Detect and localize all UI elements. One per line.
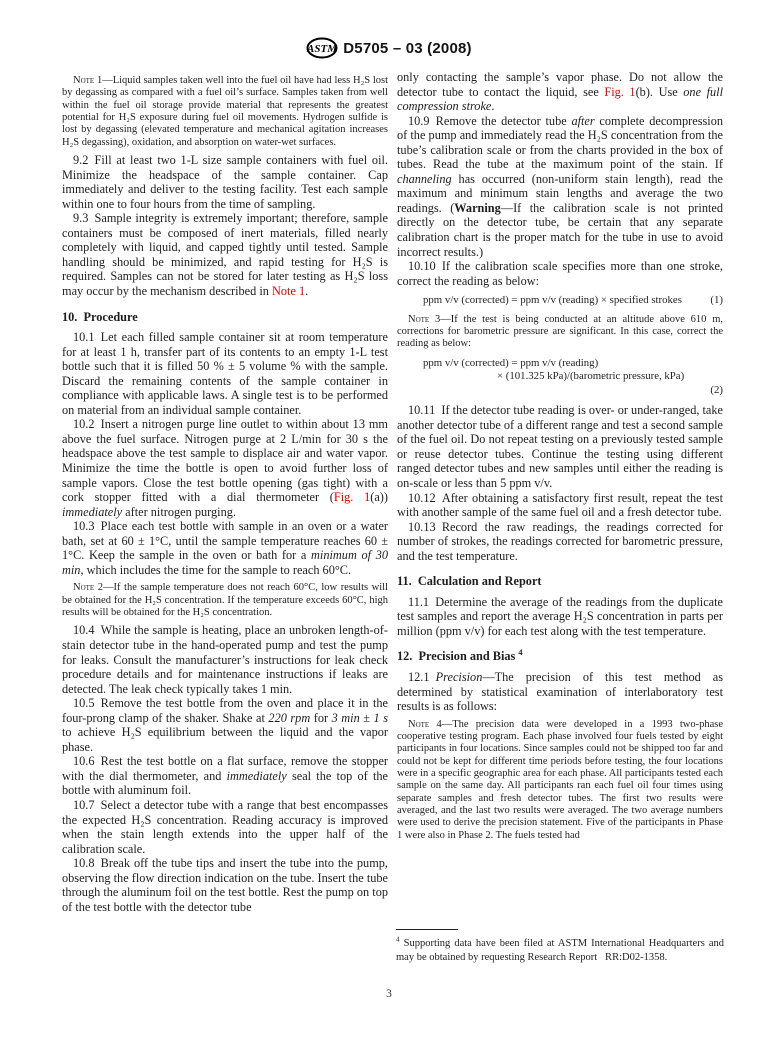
para-10-2: 10.2 Insert a nitrogen purge line outlet…	[62, 417, 388, 519]
text-run: 10.4 While the sample is heating, place …	[62, 623, 388, 695]
para-10-11: 10.11 If the detector tube reading is ov…	[397, 403, 723, 490]
page-header: ASTM D5705 – 03 (2008)	[0, 37, 778, 59]
para-10-4: 10.4 While the sample is heating, place …	[62, 623, 388, 696]
text-run: 10.12 After obtaining a satisfactory fir…	[397, 491, 723, 520]
two-column-body: Note 1—Liquid samples taken well into th…	[62, 70, 723, 914]
text-run: 10. Procedure	[62, 310, 138, 324]
right-column: only contacting the sample’s vapor phase…	[397, 70, 723, 914]
para-10-9: 10.9 Remove the detector tube after comp…	[397, 114, 723, 259]
note-4: Note 4—The precision data were developed…	[397, 719, 723, 842]
text-run: 3—If the test is being conducted at an a…	[397, 314, 723, 350]
astm-logo-icon: ASTM	[306, 37, 338, 59]
text-run: immediately	[62, 505, 122, 519]
text-run: 10.1 Let each filled sample container si…	[62, 330, 388, 417]
text-run: immediately	[227, 769, 287, 783]
text-run: 12.1	[408, 670, 436, 684]
text-run: Supporting data have been filed at ASTM …	[396, 938, 724, 963]
equation-text: ppm v/v (corrected) = ppm v/v (reading)	[423, 357, 598, 371]
text-run: Note	[408, 314, 429, 325]
text-run: 4	[518, 648, 522, 657]
text-run: , which includes the time for the sample…	[80, 563, 351, 577]
equation-line: (2)	[397, 384, 723, 398]
equation-line: ppm v/v (corrected) = ppm v/v (reading)	[397, 357, 723, 371]
text-run: 10.8 Break off the tube tips and insert …	[62, 856, 388, 914]
text-run: channeling	[397, 172, 452, 186]
text-run: 1—Liquid samples taken well into the fue…	[62, 75, 388, 148]
para-10-8-continued: only contacting the sample’s vapor phase…	[397, 70, 723, 114]
text-run: 9.3 Sample integrity is extremely import…	[62, 211, 388, 298]
equation-1: ppm v/v (corrected) = ppm v/v (reading) …	[397, 294, 723, 308]
para-9-2: 9.2 Fill at least two 1-L size sample co…	[62, 153, 388, 211]
heading-12-precision-and-bias: 12. Precision and Bias 4	[397, 649, 723, 664]
cross-reference-link[interactable]: Fig. 1	[604, 85, 635, 99]
left-column: Note 1—Liquid samples taken well into th…	[62, 70, 388, 914]
heading-10-procedure: 10. Procedure	[62, 310, 388, 325]
heading-11-calculation-and-report: 11. Calculation and Report	[397, 574, 723, 589]
para-10-5: 10.5 Remove the test bottle from the ove…	[62, 696, 388, 754]
text-run: 12. Precision and Bias	[397, 649, 518, 663]
text-run: 10.9 Remove the detector tube	[408, 114, 571, 128]
note-3: Note 3—If the test is being conducted at…	[397, 314, 723, 351]
para-10-1: 10.1 Let each filled sample container si…	[62, 330, 388, 417]
equation-2: ppm v/v (corrected) = ppm v/v (reading)×…	[397, 357, 723, 398]
para-10-8: 10.8 Break off the tube tips and insert …	[62, 856, 388, 914]
astm-logo-text: ASTM	[306, 43, 338, 55]
text-run: for	[310, 711, 331, 725]
para-9-3: 9.3 Sample integrity is extremely import…	[62, 211, 388, 298]
equation-line: × (101.325 kPa)/(barometric pressure, kP…	[397, 370, 723, 384]
text-run: to achieve H₂S equilibrium between the l…	[62, 725, 388, 754]
equation-number: (1)	[710, 294, 723, 308]
para-10-3: 10.3 Place each test bottle with sample …	[62, 519, 388, 577]
equation-number: (2)	[710, 384, 723, 398]
text-run: (b). Use	[636, 85, 684, 99]
para-10-12: 10.12 After obtaining a satisfactory fir…	[397, 491, 723, 520]
note-1: Note 1—Liquid samples taken well into th…	[62, 75, 388, 149]
text-run: 9.2 Fill at least two 1-L size sample co…	[62, 153, 388, 211]
text-run: 10.10 If the calibration scale specifies…	[397, 259, 723, 288]
para-10-7: 10.7 Select a detector tube with a range…	[62, 798, 388, 856]
text-run: 3 min ± 1 s	[332, 711, 388, 725]
footnote-rule	[396, 929, 458, 930]
text-run: 2—If the sample temperature does not rea…	[62, 582, 388, 618]
document-page: ASTM D5705 – 03 (2008) Note 1—Liquid sam…	[0, 0, 778, 1041]
footnote-text: 4 Supporting data have been filed at AST…	[396, 937, 724, 965]
para-10-13: 10.13 Record the raw readings, the readi…	[397, 520, 723, 564]
text-run: Note	[408, 719, 429, 730]
text-run: Note	[73, 582, 94, 593]
text-run: 11.1 Determine the average of the readin…	[397, 595, 723, 638]
text-run: Warning	[454, 201, 500, 215]
footnote: 4 Supporting data have been filed at AST…	[396, 929, 724, 965]
para-10-6: 10.6 Rest the test bottle on a flat surf…	[62, 754, 388, 798]
text-run: 11. Calculation and Report	[397, 574, 542, 588]
text-run: .	[491, 99, 494, 113]
equation-text: × (101.325 kPa)/(barometric pressure, kP…	[497, 370, 684, 384]
text-run: 220 rpm	[268, 711, 310, 725]
text-run: 10.7 Select a detector tube with a range…	[62, 798, 388, 856]
equation-line: ppm v/v (corrected) = ppm v/v (reading) …	[397, 294, 723, 308]
text-run: after nitrogen purging.	[122, 505, 236, 519]
text-run: Precision	[436, 670, 483, 684]
document-designation: D5705 – 03 (2008)	[343, 40, 472, 57]
text-run: 4—The precision data were developed in a…	[397, 719, 723, 841]
note-2: Note 2—If the sample temperature does no…	[62, 582, 388, 619]
para-11-1: 11.1 Determine the average of the readin…	[397, 595, 723, 639]
page-number: 3	[0, 988, 778, 1000]
text-run: .	[305, 284, 308, 298]
text-run: (a))	[370, 490, 388, 504]
text-run: 10.11 If the detector tube reading is ov…	[397, 403, 723, 490]
text-run: after	[571, 114, 594, 128]
text-run: 10.13 Record the raw readings, the readi…	[397, 520, 723, 563]
para-12-1: 12.1 Precision—The precision of this tes…	[397, 670, 723, 714]
text-run: Note	[73, 75, 94, 86]
equation-text: ppm v/v (corrected) = ppm v/v (reading) …	[423, 294, 682, 308]
para-10-10: 10.10 If the calibration scale specifies…	[397, 259, 723, 288]
cross-reference-link[interactable]: Note 1	[272, 284, 305, 298]
cross-reference-link[interactable]: Fig. 1	[334, 490, 370, 504]
